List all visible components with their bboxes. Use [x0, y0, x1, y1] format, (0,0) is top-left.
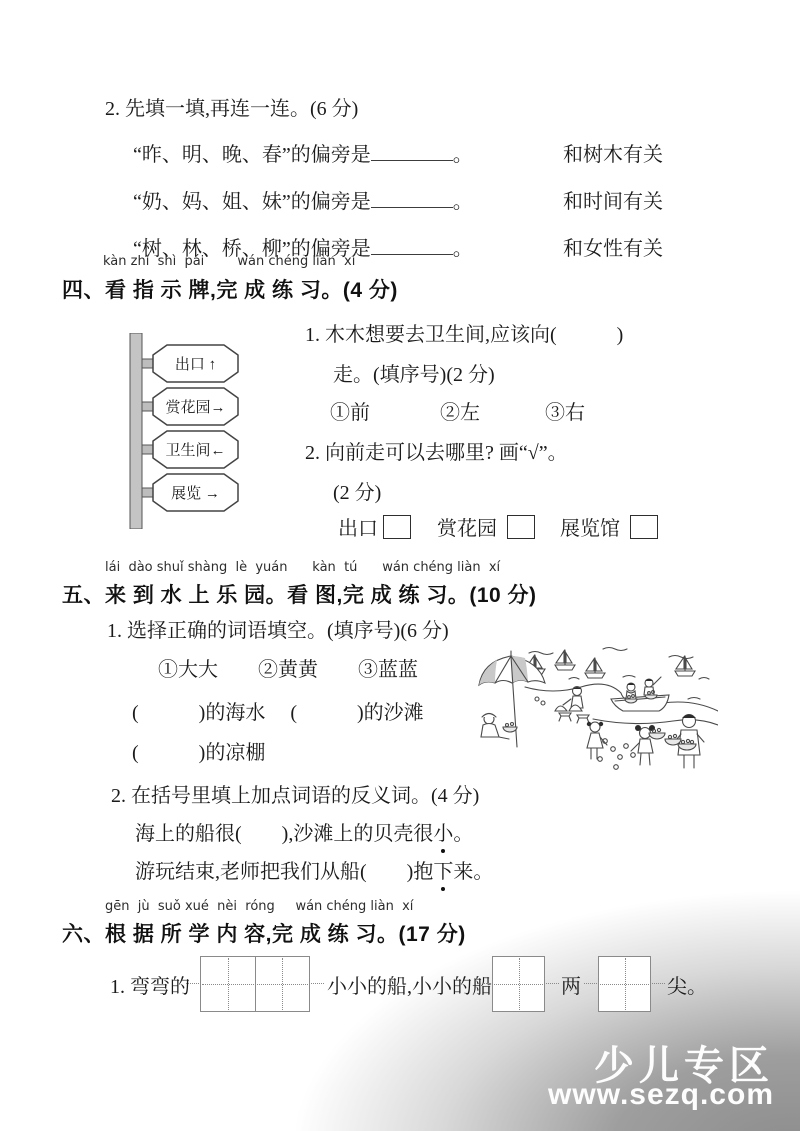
grid-dotted-extension [584, 983, 597, 984]
grid-dotted-extension [311, 983, 324, 984]
section5-title: 五、来 到 水 上 乐 园。看 图,完 成 练 习。(10 分) [62, 579, 537, 609]
q1-line1: 1. 木木想要去卫生间,应该向( ) [305, 322, 623, 348]
section4-title: 四、看 指 示 牌,完 成 练 习。(4 分) [62, 274, 398, 304]
writing-grid-double [200, 956, 310, 1012]
writing-grid-single [598, 956, 651, 1012]
section6-title: 六、根 据 所 学 内 容,完 成 练 习。(17 分) [62, 918, 466, 948]
emphasized-char: 小 [433, 821, 453, 847]
match-right-label: 和时间有关 [563, 189, 663, 215]
choice-label-exit: 出口 [338, 516, 378, 542]
match-right-label: 和树木有关 [563, 142, 663, 168]
match-right-label: 和女性有关 [563, 236, 663, 262]
s5-q2: 2. 在括号里填上加点词语的反义词。(4 分) [111, 783, 479, 809]
sign-connector [142, 359, 153, 368]
sea-waves [525, 648, 718, 726]
sailboat [585, 658, 605, 678]
q1-option-2: ②左 [440, 400, 480, 426]
grid-dotted-extension [186, 983, 199, 984]
beach-illustration [473, 641, 718, 779]
checkbox-exit [383, 515, 411, 539]
shell-picking-girl [631, 725, 655, 765]
grid-dotted-extension [546, 983, 559, 984]
blank-line [371, 189, 453, 208]
sign-label-exhibit: 展览 → [171, 484, 220, 502]
writing-grid-single [492, 956, 545, 1012]
grid-dotted-extension [478, 983, 491, 984]
match-row: “奶、妈、姐、妹”的偏旁是。 [133, 189, 473, 215]
worksheet-page: 2. 先填一填,再连一连。(6 分) “昨、明、晚、春”的偏旁是。 和树木有关 … [0, 0, 800, 1131]
s6-q1-suffix: 尖。 [667, 974, 707, 1000]
blank-line [371, 142, 453, 161]
s5-q1: 1. 选择正确的词语填空。(填序号)(6 分) [107, 618, 449, 644]
blank-line [371, 236, 453, 255]
grid-dotted-extension [652, 983, 665, 984]
s5-q2-line2: 游玩结束,老师把我们从船( )抱下来。 [135, 859, 493, 885]
choice-label-garden: 赏花园 [437, 516, 497, 542]
sign-label-garden: 赏花园→ [165, 398, 225, 416]
period: 。 [453, 238, 473, 260]
sailboat [555, 650, 575, 670]
q1-line2: 走。(填序号)(2 分) [333, 362, 495, 388]
q2-title: 2. 先填一填,再连一连。(6 分) [105, 96, 358, 122]
match-left-text: “奶、妈、姐、妹”的偏旁是 [133, 191, 371, 213]
period: 。 [453, 191, 473, 213]
sentence-text: 来。 [453, 861, 493, 883]
baskets-on-sand [649, 728, 681, 745]
rowboat-with-children [611, 677, 669, 711]
shell-picking-girl [587, 722, 607, 759]
s5-q2-line1: 海上的船很( ),沙滩上的贝壳很小。 [135, 821, 473, 847]
sign-connector [142, 488, 153, 497]
sentence-text: 海上的船很( ),沙滩上的贝壳很 [135, 823, 433, 845]
sitting-person [481, 714, 517, 740]
section5-pinyin: lái dào shuǐ shàng lè yuán kàn tú wán ch… [105, 560, 500, 575]
period: 。 [453, 144, 473, 166]
q2-line1: 2. 向前走可以去哪里? 画“√”。 [305, 440, 568, 466]
s6-q1-liang: 两 [561, 974, 581, 1000]
sentence-text: 。 [453, 823, 473, 845]
checkbox-exhibit [630, 515, 658, 539]
sentence-text: 游玩结束,老师把我们从船( )抱 [135, 861, 433, 883]
watermark-url: www.sezq.com [548, 1078, 774, 1112]
s6-q1-mid: 小小的船,小小的船 [327, 974, 492, 1000]
sign-connector [142, 402, 153, 411]
sandcastle-kid [555, 687, 589, 724]
signboard-illustration: 出口 ↑ 赏花园→ 卫生间← 展览 → [127, 333, 245, 529]
sign-connector [142, 445, 153, 454]
q1-option-3: ③右 [545, 400, 585, 426]
choice-label-exhibit: 展览馆 [560, 516, 620, 542]
sign-label-restroom: 卫生间← [165, 442, 225, 459]
s6-q1-prefix: 1. 弯弯的 [110, 974, 190, 1000]
sign-pole [130, 333, 142, 529]
s5-q1-blanks-row2: ( )的凉棚 [132, 740, 265, 766]
q2-line2: (2 分) [333, 480, 381, 506]
section4-pinyin: kàn zhǐ shì pái wán chéng liàn xí [103, 254, 355, 269]
s5-q1-blanks-row1: ( )的海水 ( )的沙滩 [132, 700, 424, 726]
emphasized-char: 下 [433, 859, 453, 885]
match-left-text: “昨、明、晚、春”的偏旁是 [133, 144, 371, 166]
match-row: “昨、明、晚、春”的偏旁是。 [133, 142, 473, 168]
sign-label-exit: 出口 ↑ [175, 356, 216, 373]
s5-q1-options: ①大大 ②黄黄 ③蓝蓝 [158, 657, 418, 683]
q1-option-1: ①前 [330, 400, 370, 426]
section6-pinyin: gēn jù suǒ xué nèi róng wán chéng liàn x… [105, 899, 413, 914]
checkbox-garden [507, 515, 535, 539]
sailboat [675, 656, 695, 676]
